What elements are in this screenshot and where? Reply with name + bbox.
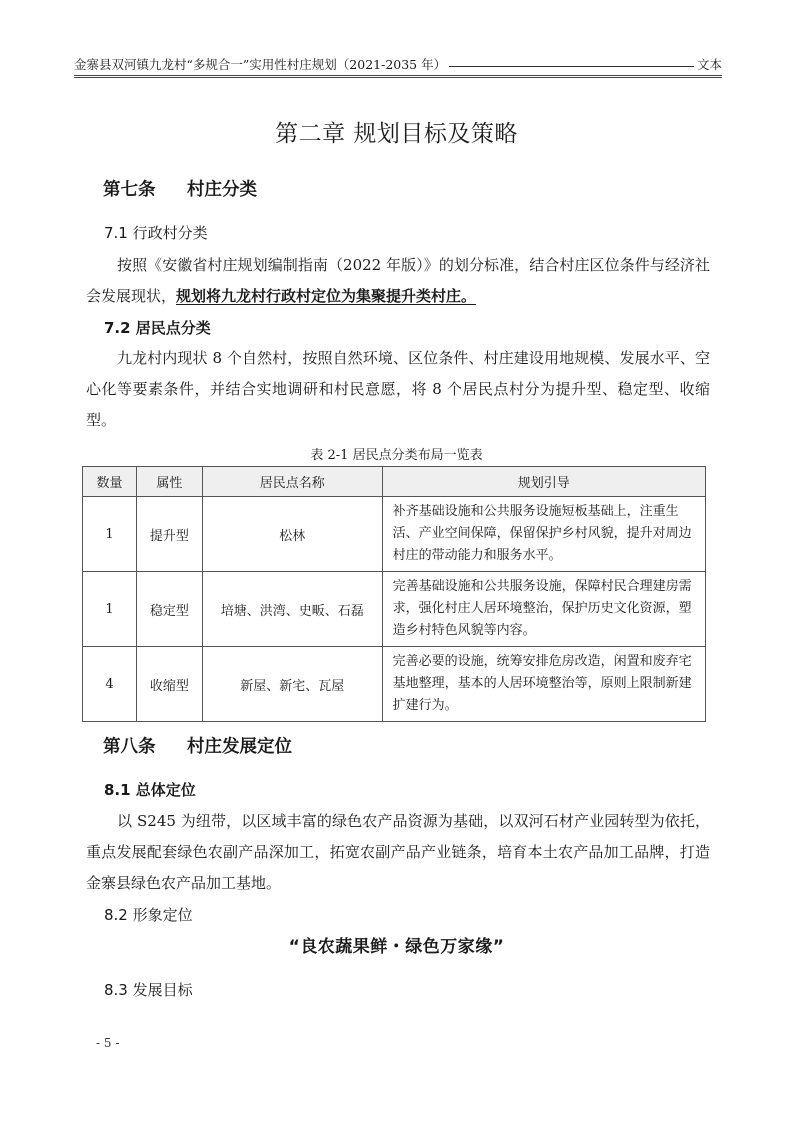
section-7-1-heading: 7.1 行政村分类	[104, 222, 208, 243]
cell-names: 松林	[202, 497, 382, 572]
emphasized-conclusion: 规划将九龙村行政村定位为集聚提升类村庄。	[176, 287, 476, 305]
table-row: 1 提升型 松林 补齐基础设施和公共服务设施短板基础上，注重生活、产业空间保障，…	[83, 497, 706, 572]
cell-names: 培塘、洪湾、史畈、石磊	[202, 572, 382, 647]
article-7-heading: 第七条村庄分类	[103, 176, 257, 201]
cell-names: 新屋、新宅、瓦屋	[202, 647, 382, 722]
article-title: 村庄发展定位	[187, 737, 292, 757]
section-8-1-heading: 8.1 总体定位	[104, 779, 196, 800]
cell-type: 提升型	[136, 497, 202, 572]
cell-type: 收缩型	[136, 647, 202, 722]
table-row: 1 稳定型 培塘、洪湾、史畈、石磊 完善基础设施和公共服务设施，保障村民合理建房…	[83, 572, 706, 647]
cell-type: 稳定型	[136, 572, 202, 647]
article-number: 第八条	[103, 733, 187, 758]
document-type-label: 文本	[697, 56, 722, 74]
cell-guide: 补齐基础设施和公共服务设施短板基础上，注重生活、产业空间保障，保留保护乡村风貌，…	[382, 497, 705, 572]
cell-count: 1	[83, 497, 137, 572]
column-header-guide: 规划引导	[382, 467, 705, 497]
section-8-2-heading: 8.2 形象定位	[104, 904, 193, 925]
section-8-1-paragraph: 以 S245 为纽带，以区域丰富的绿色农产品资源为基础，以双河石材产业园转型为依…	[86, 806, 710, 899]
column-header-type: 属性	[136, 467, 202, 497]
chapter-title: 第二章 规划目标及策略	[0, 115, 793, 148]
section-8-3-heading: 8.3 发展目标	[104, 979, 193, 1000]
settlement-classification-table: 数量 属性 居民点名称 规划引导 1 提升型 松林 补齐基础设施和公共服务设施短…	[82, 466, 706, 722]
column-header-names: 居民点名称	[202, 467, 382, 497]
section-7-2-paragraph: 九龙村内现状 8 个自然村，按照自然环境、区位条件、村庄建设用地规模、发展水平、…	[86, 343, 710, 436]
table-header-row: 数量 属性 居民点名称 规划引导	[83, 467, 706, 497]
cell-count: 4	[83, 647, 137, 722]
header-dash-line	[449, 66, 694, 67]
running-header: 金寨县双河镇九龙村“多规合一”实用性村庄规划（2021-2035 年） 文本	[74, 56, 722, 78]
table-row: 4 收缩型 新屋、新宅、瓦屋 完善必要的设施，统筹安排危房改造，闲置和废弃宅基地…	[83, 647, 706, 722]
cell-guide: 完善基础设施和公共服务设施，保障村民合理建房需求，强化村庄人居环境整治，保护历史…	[382, 572, 705, 647]
cell-guide: 完善必要的设施，统筹安排危房改造，闲置和废弃宅基地整理，基本的人居环境整治等，原…	[382, 647, 705, 722]
article-title: 村庄分类	[187, 180, 257, 200]
page-number: - 5 -	[96, 1036, 119, 1050]
document-title: 金寨县双河镇九龙村“多规合一”实用性村庄规划（2021-2035 年）	[74, 56, 446, 74]
section-7-2-heading: 7.2 居民点分类	[104, 317, 211, 338]
table-caption: 表 2-1 居民点分类布局一览表	[0, 444, 793, 463]
column-header-count: 数量	[83, 467, 137, 497]
article-8-heading: 第八条村庄发展定位	[103, 733, 292, 758]
cell-count: 1	[83, 572, 137, 647]
image-slogan: “良农蔬果鲜・绿色万家缘”	[0, 932, 793, 957]
article-number: 第七条	[103, 176, 187, 201]
section-7-1-paragraph: 按照《安徽省村庄规划编制指南（2022 年版）》的划分标准，结合村庄区位条件与经…	[86, 250, 710, 312]
